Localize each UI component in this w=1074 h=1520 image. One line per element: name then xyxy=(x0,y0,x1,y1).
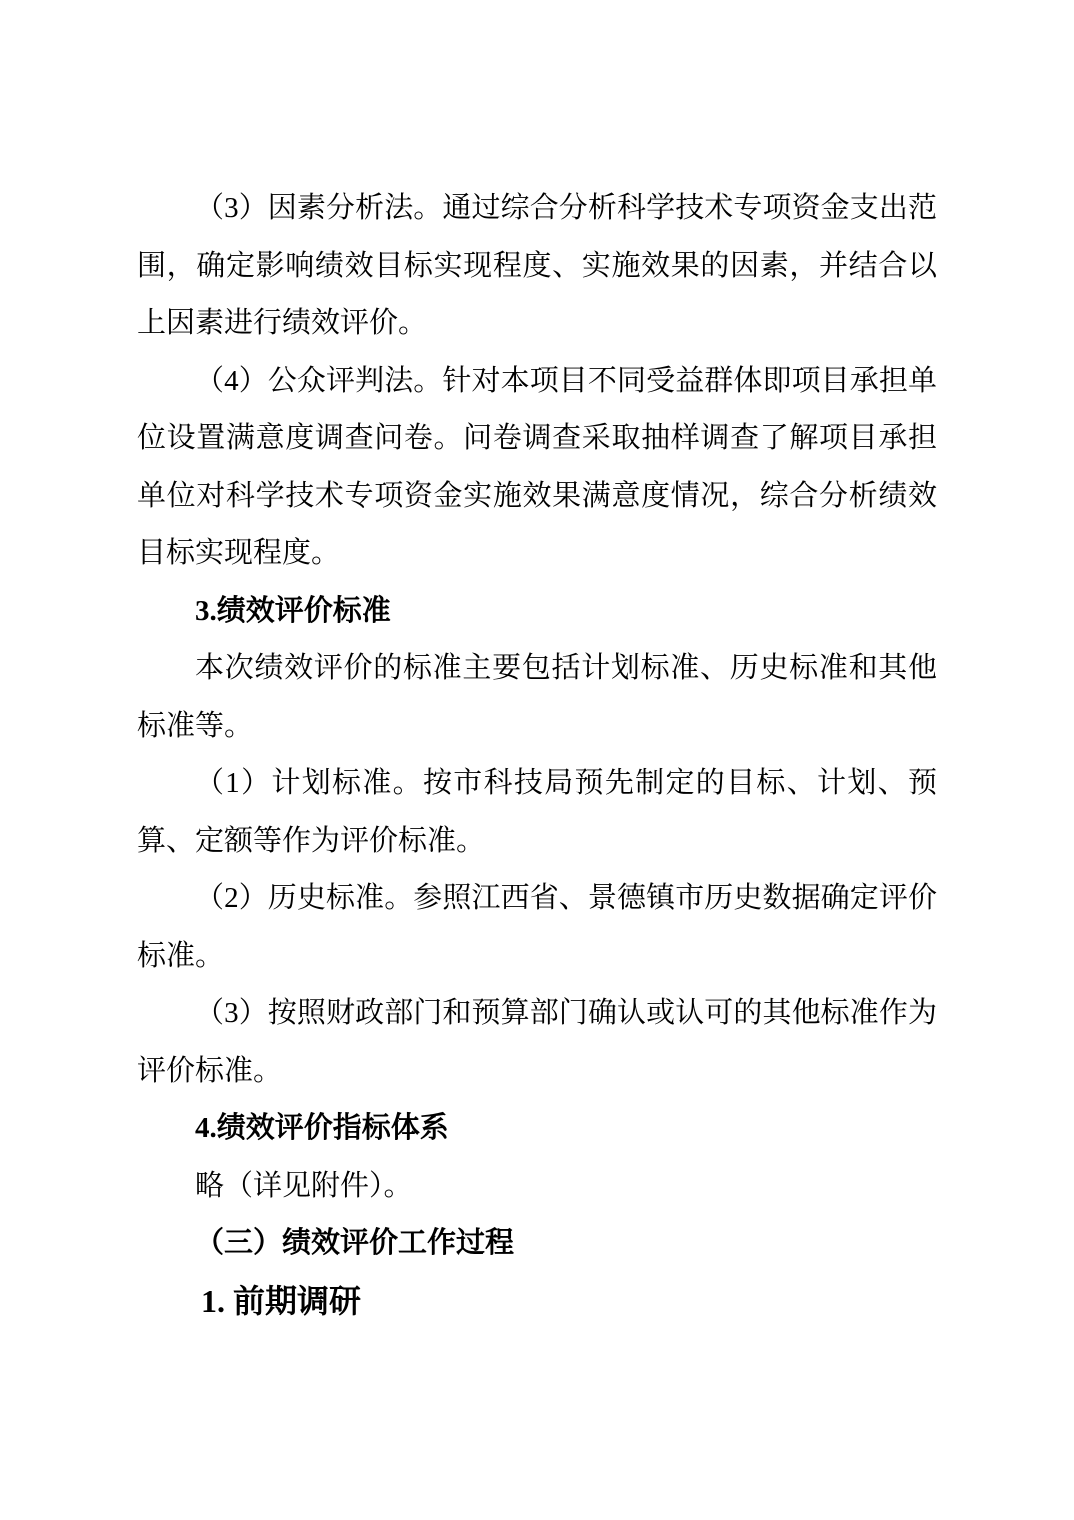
document-page: （3）因素分析法。通过综合分析科学技术专项资金支出范围，确定影响绩效目标实现程度… xyxy=(0,0,1074,1520)
document-content: （3）因素分析法。通过综合分析科学技术专项资金支出范围，确定影响绩效目标实现程度… xyxy=(137,180,937,1330)
section-heading-evaluation-work-process: （三）绩效评价工作过程 xyxy=(137,1215,937,1273)
section-heading-preliminary-research: 1. 前期调研 xyxy=(137,1273,937,1331)
paragraph-standards-overview: 本次绩效评价的标准主要包括计划标准、历史标准和其他标准等。 xyxy=(137,640,937,755)
paragraph-history-standard: （2）历史标准。参照江西省、景德镇市历史数据确定评价标准。 xyxy=(137,870,937,985)
paragraph-factor-analysis-method: （3）因素分析法。通过综合分析科学技术专项资金支出范围，确定影响绩效目标实现程度… xyxy=(137,180,937,353)
paragraph-plan-standard: （1）计划标准。按市科技局预先制定的目标、计划、预算、定额等作为评价标准。 xyxy=(137,755,937,870)
section-heading-evaluation-standards: 3.绩效评价标准 xyxy=(137,583,937,641)
paragraph-public-judgment-method: （4）公众评判法。针对本项目不同受益群体即项目承担单位设置满意度调查问卷。问卷调… xyxy=(137,353,937,583)
paragraph-see-attachment: 略（详见附件）。 xyxy=(137,1158,937,1216)
section-heading-indicator-system: 4.绩效评价指标体系 xyxy=(137,1100,937,1158)
paragraph-other-standard: （3）按照财政部门和预算部门确认或认可的其他标准作为评价标准。 xyxy=(137,985,937,1100)
